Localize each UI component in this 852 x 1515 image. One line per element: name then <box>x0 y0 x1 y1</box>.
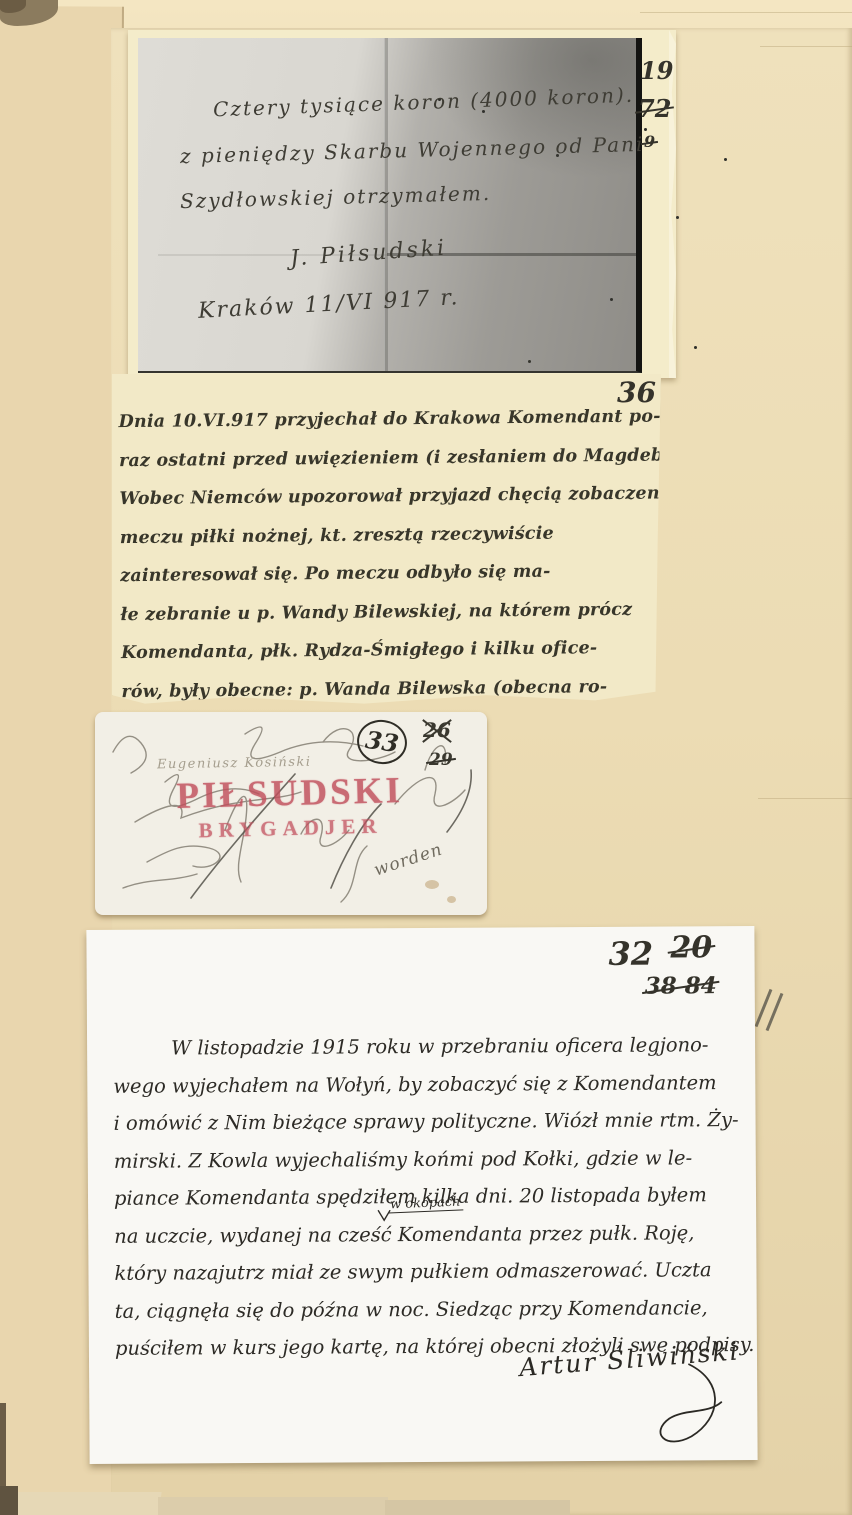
torn-paper-fragment <box>158 1497 388 1515</box>
page-crease <box>760 46 852 47</box>
receipt-line: Szydłowskiej otrzymałem. <box>180 181 492 213</box>
memoir-line: ta, ciągnęła się do późna w noc. Siedząc… <box>115 1288 755 1329</box>
note-text-block: Dnia 10.VI.917 przyjechał do Krakowa Kom… <box>118 397 727 711</box>
note-line: raz ostatni przed uwięzieniem (i zesłani… <box>119 435 725 480</box>
note-line: Wobec Niemców upozorował przyjazd chęcią… <box>119 474 725 519</box>
photo-mount-sheet: Cztery tysiące koron (4000 koron). z pie… <box>128 30 676 378</box>
archival-number-small: 9 <box>644 132 655 151</box>
paper-stain <box>447 896 456 903</box>
memoir-line: który nazajutrz miał ze swym pułkiem odm… <box>114 1251 754 1292</box>
memoir-card-32: 32 20 38 84 W listopadzie 1915 roku w pr… <box>86 926 757 1464</box>
signature-flourish <box>629 1362 770 1459</box>
note-line: łe zebranie u p. Wandy Bilewskiej, na kt… <box>120 589 726 634</box>
stamp-name: PIŁSUDSKI <box>156 769 423 819</box>
memoir-line: W listopadzie 1915 roku w przebraniu ofi… <box>113 1026 753 1067</box>
torn-paper-fragment <box>385 1500 570 1515</box>
pencil-name-inscription: Eugeniusz Kosiński <box>157 755 312 773</box>
receipt-date-line: Kraków 11/VI 917 r. <box>198 285 460 324</box>
note-line: Dnia 10.VI.917 przyjechał do Krakowa Kom… <box>118 397 724 442</box>
note-line: Komendanta, płk. Rydza-Śmigłego i kilku … <box>121 628 727 673</box>
memoir-line: na uczcie, wydanej na cześć Komendanta p… <box>114 1213 754 1254</box>
pilsudski-brygadjer-stamp: PIŁSUDSKI BRYGADJER <box>156 769 424 845</box>
crossed-numbers-38-84: 38 84 <box>645 972 717 999</box>
memoir-note-36: 36 Dnia 10.VI.917 przyjechał do Krakowa … <box>112 374 661 705</box>
memoir-line: i omówić z Nim bieżące sprawy polityczne… <box>113 1101 753 1142</box>
pilsudski-signature: J. Piłsudski <box>289 236 448 272</box>
photo-of-receipt: Cztery tysiące koron (4000 koron). z pie… <box>138 38 642 373</box>
crossed-number-29: 29 <box>429 750 453 770</box>
archival-number-19: 19 <box>640 56 673 85</box>
crossed-number-26: 26 <box>423 718 451 742</box>
memoir-line: wego wyjechałem na Wołyń, by zobaczyć si… <box>113 1063 753 1104</box>
insertion-w-okopach: w okopach <box>388 1194 463 1213</box>
archive-album-page: Cztery tysiące koron (4000 koron). z pie… <box>0 0 852 1515</box>
memoir-line: mirski. Z Kowla wyjechaliśmy końmi pod K… <box>114 1138 754 1179</box>
page-crease <box>758 798 852 799</box>
paper-stain <box>425 880 439 889</box>
insertion-caret-mark <box>376 1208 392 1222</box>
autograph-card-33: Eugeniusz Kosiński PIŁSUDSKI BRYGADJER 3… <box>95 712 487 915</box>
crossed-number-20: 20 <box>670 930 712 965</box>
torn-paper-fragment <box>8 1492 161 1515</box>
note-line: zainteresował się. Po meczu odbyło się m… <box>120 551 726 596</box>
page-crease <box>640 12 852 13</box>
torn-paper-fragment <box>0 1486 18 1515</box>
archival-number-32: 32 <box>608 935 653 973</box>
archival-number-72-crossed: 72 <box>638 94 671 123</box>
note-line: meczu piłki nożnej, kt. zresztą rzeczywi… <box>120 512 726 557</box>
